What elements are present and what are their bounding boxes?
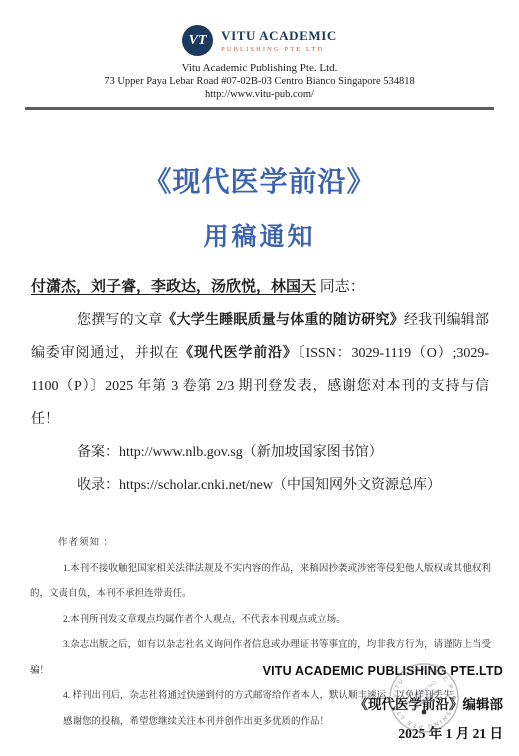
notes-heading: 作者须知 ： (30, 531, 491, 557)
letterhead: VT VITU ACADEMIC PUBLISHING PTE LTD Vitu… (0, 0, 519, 110)
logo-text-block: VITU ACADEMIC PUBLISHING PTE LTD (221, 28, 337, 53)
note-item-1: 1.本刊不接收触犯国家相关法律法规及不实内容的作品，来稿因抄袭或涉密等侵犯他人版… (30, 557, 491, 608)
index-label: 收录： (77, 478, 119, 493)
index-line: 收录：https://scholar.cnki.net/new（中国知网外文资源… (31, 469, 489, 502)
recipient-names: 付潇杰，刘子睿，李政达，汤欣悦，林国天 (31, 279, 316, 295)
article-title: 《大学生睡眠质量与体重的随访研究》 (162, 313, 404, 328)
acceptance-letter-page: VT VITU ACADEMIC PUBLISHING PTE LTD Vitu… (0, 0, 519, 756)
record-label: 备案： (77, 445, 119, 460)
record-url: http://www.nlb.gov.sg（新加坡国家图书馆） (119, 445, 383, 460)
journal-name-inline: 《现代医学前沿》 (179, 346, 298, 361)
logo-title: VITU ACADEMIC (221, 28, 337, 44)
salutation-suffix: 同志： (316, 279, 365, 295)
acceptance-paragraph: 您撰写的文章《大学生睡眠质量与体重的随访研究》经我刊编辑部编委审阅通过，并拟在《… (31, 304, 489, 436)
logo-monogram: VT (189, 33, 207, 49)
signature-block: VITU ACADEMIC PUBLISHING PTE.LTD 《现代医学前沿… (263, 664, 503, 742)
notice-title: 用稿通知 (0, 217, 519, 253)
footer-date: 2025 年 1 月 21 日 (263, 722, 503, 742)
record-line: 备案：http://www.nlb.gov.sg（新加坡国家图书馆） (31, 436, 489, 469)
header-divider (25, 107, 494, 110)
letter-body: 付潇杰，刘子睿，李政达，汤欣悦，林国天 同志： 您撰写的文章《大学生睡眠质量与体… (31, 271, 489, 502)
publisher-address: 73 Upper Paya Lebar Road #07-02B-03 Cent… (0, 76, 519, 87)
publisher-website: http://www.vitu-pub.com/ (0, 89, 519, 100)
publisher-logo: VT VITU ACADEMIC PUBLISHING PTE LTD (0, 25, 519, 56)
p1-seg1: 您撰写的文章 (77, 313, 162, 328)
note-item-2: 2.本刊所刊发文章观点均属作者个人观点，不代表本刊观点或立场。 (30, 608, 491, 634)
publisher-name: Vitu Academic Publishing Pte. Ltd. (0, 62, 519, 74)
salutation-line: 付潇杰，刘子睿，李政达，汤欣悦，林国天 同志： (31, 271, 489, 304)
footer-company: VITU ACADEMIC PUBLISHING PTE.LTD (263, 664, 503, 678)
vitu-logo-icon: VT (182, 25, 213, 56)
journal-title: 《现代医学前沿》 (0, 160, 519, 200)
logo-subtitle: PUBLISHING PTE LTD (221, 46, 337, 53)
footer-department: 《现代医学前沿》编辑部 (263, 693, 503, 713)
index-url: https://scholar.cnki.net/new（中国知网外文资源总库） (119, 478, 441, 493)
